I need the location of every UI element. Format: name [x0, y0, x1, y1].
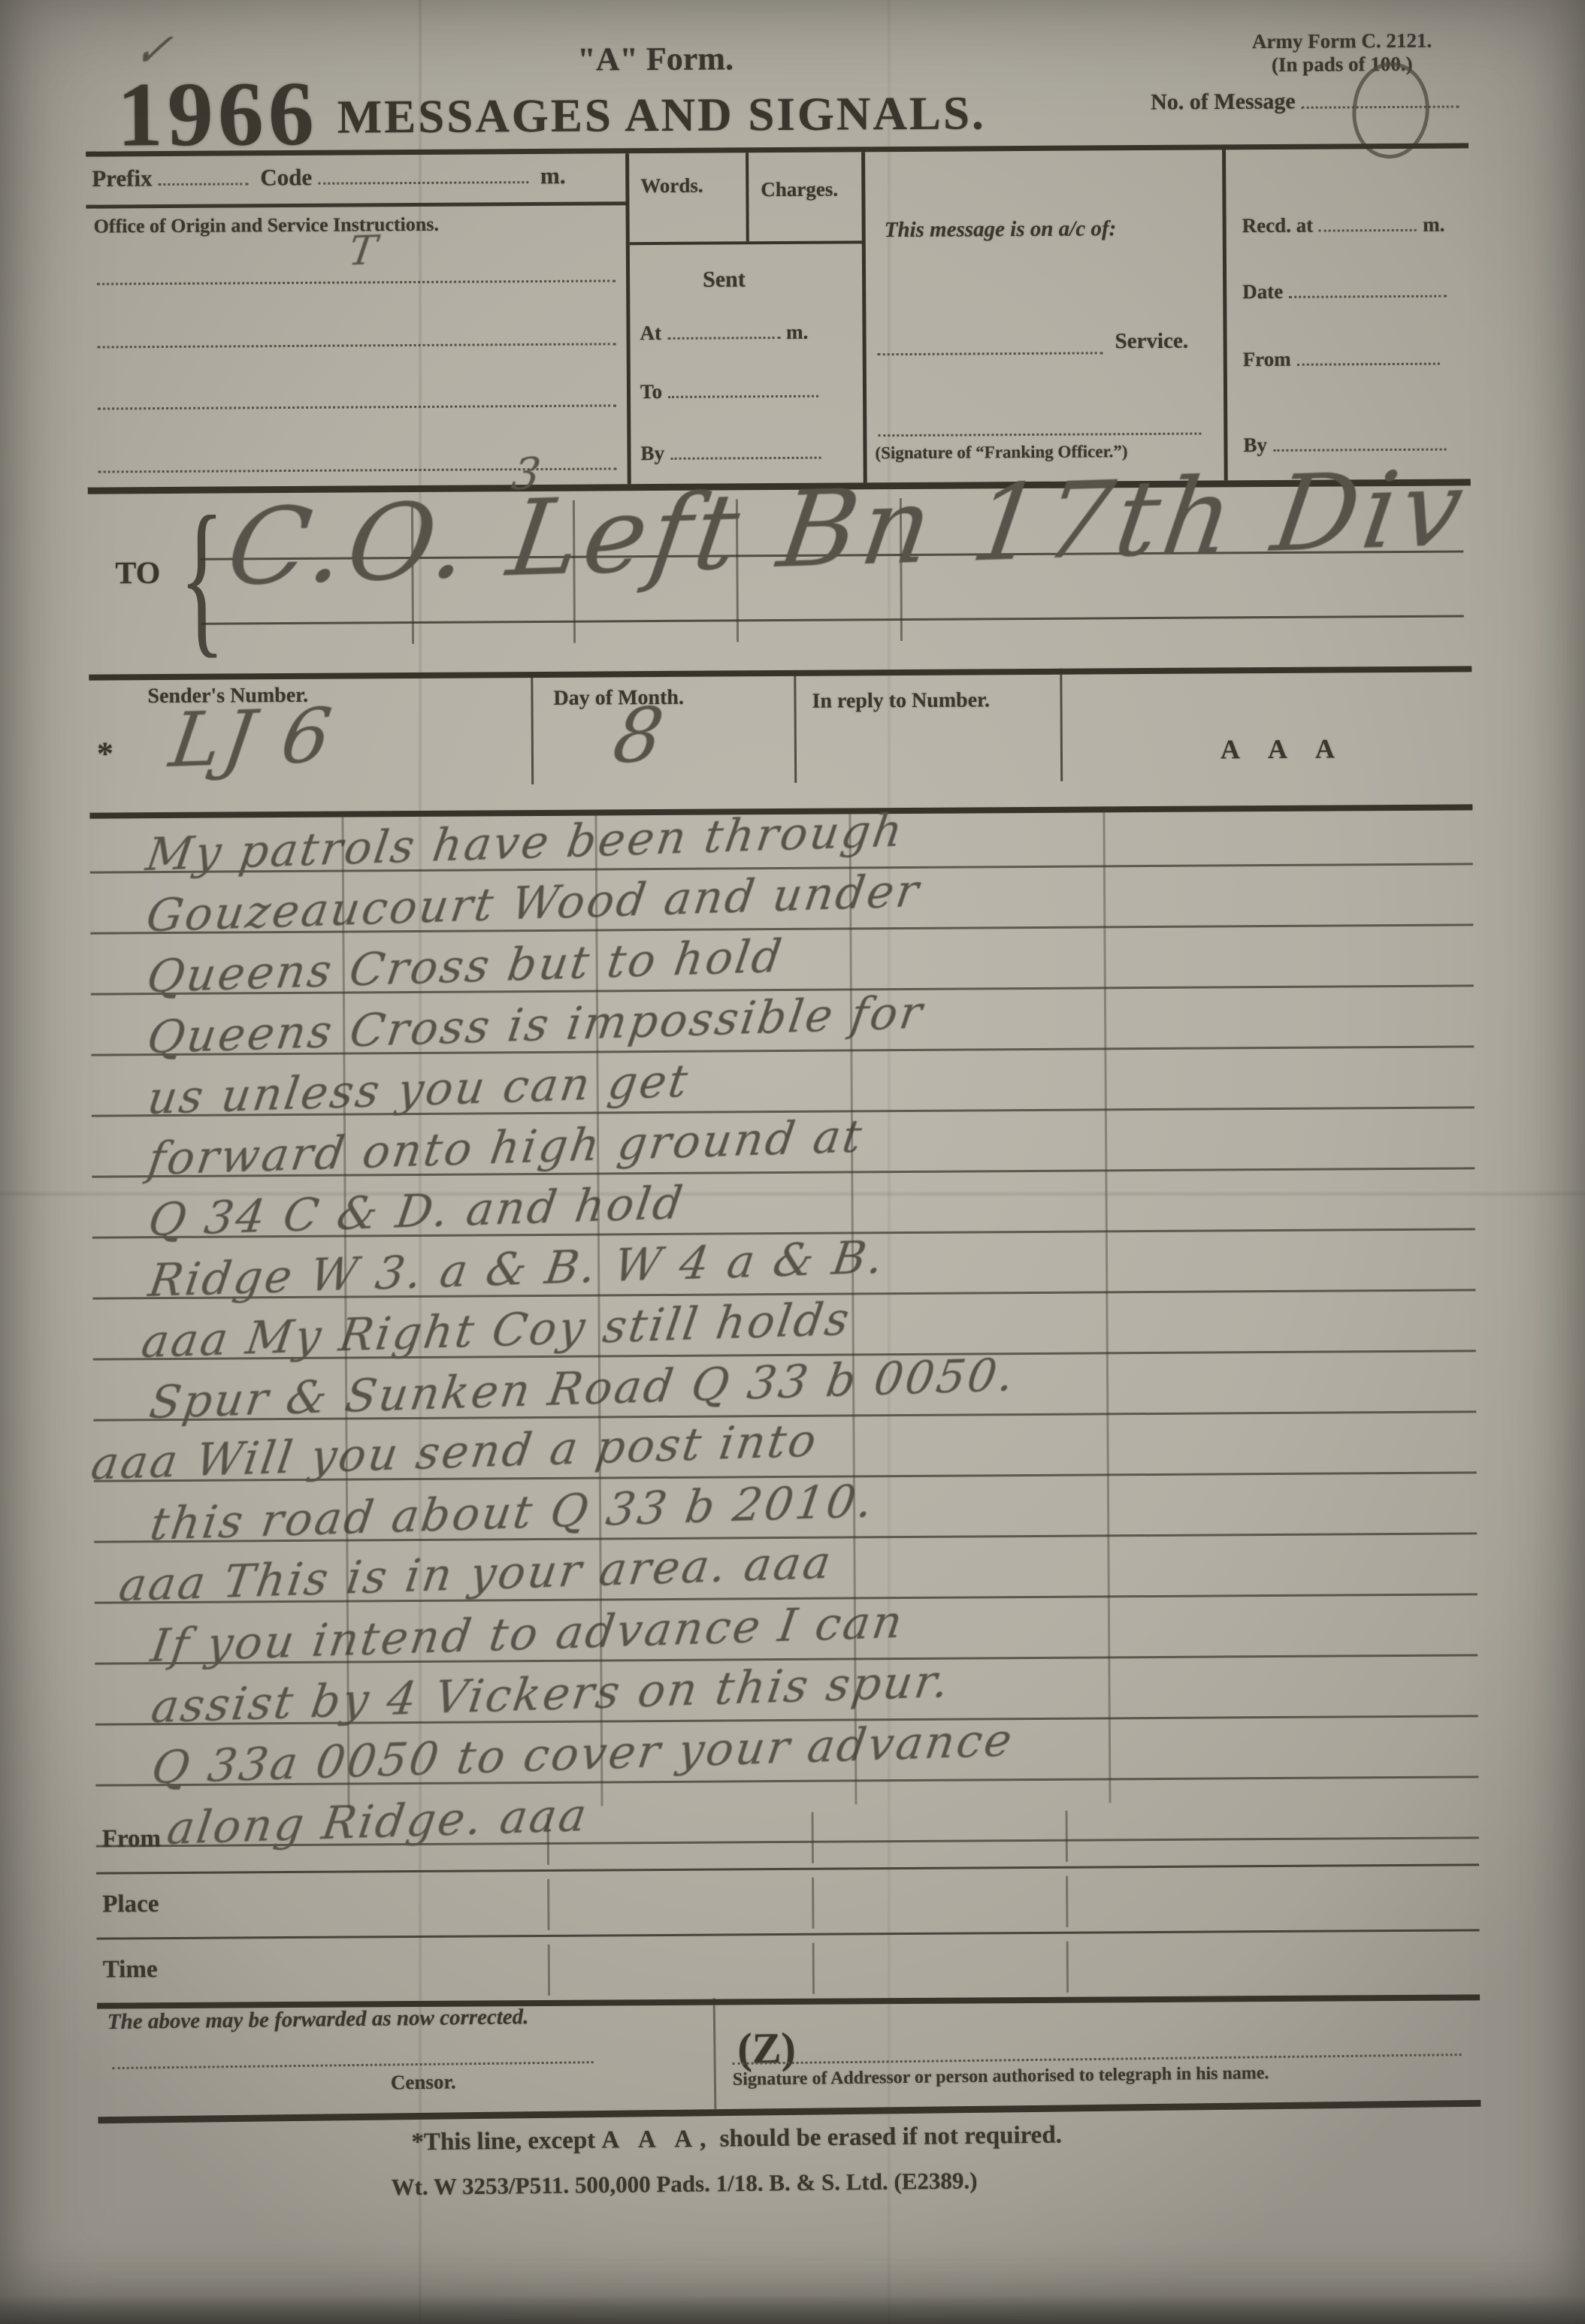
code-label: Code [260, 164, 312, 190]
dotted-leader [1297, 346, 1440, 366]
sent-at-field: Atm. [640, 319, 808, 345]
signature-line [113, 2061, 594, 2069]
asterisk-mark: * [97, 734, 113, 772]
column-divider [1222, 150, 1228, 480]
erase-note-aaa: A A A, [601, 2126, 713, 2154]
origin-rows: From Place Time [96, 1800, 1481, 2008]
prefix-label: Prefix [92, 165, 153, 191]
cell-divider [547, 1879, 549, 1930]
rule [86, 201, 625, 208]
cell-divider [812, 1943, 815, 1994]
from-row: From [96, 1800, 1479, 1874]
received-at-field: Recd. atm. [1242, 212, 1445, 238]
from-label: From [1243, 348, 1291, 370]
army-form-number: Army Form C. 2121. [1252, 29, 1432, 53]
by-label: By [1243, 434, 1267, 456]
cell-divider [548, 1945, 550, 1996]
message-line: Q 34 C & D. and hold [92, 1169, 1475, 1238]
message-line: us unless you can get [91, 1047, 1474, 1117]
column-divider [861, 152, 867, 482]
to-label: To [640, 380, 662, 403]
rule [630, 240, 864, 245]
write-in-line [98, 404, 616, 409]
erase-note-pre: *This line, except [411, 2126, 601, 2156]
message-line: Q 33a 0050 to cover your advance [95, 1717, 1478, 1786]
words-charges-divider [746, 153, 749, 241]
from-field: From [1243, 346, 1446, 372]
received-label: Recd. at [1242, 214, 1314, 237]
form-type-label: "A" Form. [577, 39, 734, 78]
dotted-leader [670, 440, 821, 460]
message-line: assist by 4 Vickers on this spur. [95, 1656, 1478, 1725]
place-row: Place [96, 1866, 1479, 1939]
cell-divider [812, 1812, 814, 1863]
sent-label: Sent [703, 267, 746, 292]
message-lines: My patrols have been throughGouzeaucourt… [89, 804, 1478, 1847]
office-of-origin-label: Office of Origin and Service Instruction… [94, 213, 439, 238]
message-line: Spur & Sunken Road Q 33 b 0050. [93, 1352, 1476, 1421]
cell-divider [531, 672, 534, 784]
by-label: By [640, 442, 664, 464]
brace-glyph: { [179, 477, 225, 676]
dotted-leader [318, 162, 528, 185]
cell-divider [713, 1998, 717, 2109]
place-label: Place [102, 1890, 159, 1918]
form-title: MESSAGES AND SIGNALS. [337, 86, 986, 144]
write-in-line [878, 433, 1201, 437]
cell-divider [794, 670, 797, 783]
sender-number-row: * Sender's Number. Day of Month. In repl… [89, 666, 1472, 818]
pencil-mark-t: T [346, 226, 382, 274]
signature-of-addressor-label: Signature of Addressor or person authori… [733, 2063, 1269, 2090]
message-line: Queens Cross but to hold [90, 926, 1473, 995]
cell-divider [812, 1878, 814, 1929]
dotted-leader [1319, 212, 1417, 232]
write-in-line [98, 343, 616, 348]
at-label: At [640, 322, 661, 344]
write-in-line [97, 280, 616, 285]
censor-label: Censor. [391, 2070, 456, 2094]
dotted-leader [667, 319, 780, 340]
write-in-line [201, 615, 1464, 624]
words-label: Words. [640, 174, 703, 198]
erase-instruction: *This line, except A A A, should be eras… [98, 2118, 1375, 2160]
dotted-leader [158, 163, 248, 186]
sent-by-field: By [640, 440, 827, 465]
cell-divider [1066, 1942, 1069, 1993]
message-form-photo: ✓ 1966 "A" Form. MESSAGES AND SIGNALS. A… [0, 0, 1585, 2324]
army-message-form: ✓ 1966 "A" Form. MESSAGES AND SIGNALS. A… [85, 24, 1481, 2234]
on-account-of-label: This message is on a/c of: [885, 216, 1117, 243]
message-line: forward onto high ground at [92, 1108, 1475, 1177]
m-abbrev: m. [786, 321, 808, 343]
message-line: If you intend to advance I can [95, 1595, 1478, 1664]
header-table: Prefix Code m. Office of Origin and Serv… [86, 143, 1471, 494]
erase-note-post: should be erased if not required. [713, 2121, 1062, 2152]
cell-divider [1066, 1811, 1068, 1862]
printer-imprint: Wt. W 3253/P511. 500,000 Pads. 1/18. B. … [98, 2164, 1270, 2205]
cell-divider [547, 1814, 549, 1865]
from-label: From [102, 1825, 161, 1853]
time-label: Time [103, 1956, 158, 1984]
service-label: Service. [1115, 329, 1189, 355]
charges-label: Charges. [761, 178, 838, 202]
dotted-leader [668, 378, 818, 398]
censor-section: The above may be forwarded as now correc… [97, 1989, 1481, 2123]
message-line: Gouzeaucourt Wood and under [90, 865, 1473, 934]
z-mark: (Z) [737, 2023, 796, 2074]
prefix-code-row: Prefix Code m. [92, 162, 566, 192]
dotted-leader [1289, 278, 1447, 298]
message-line: this road about Q 33 b 2010. [94, 1473, 1477, 1543]
to-label: TO [115, 555, 160, 591]
date-label: Date [1242, 280, 1283, 303]
addressee-row: TO { C.O. Left Bn 17th Div [88, 473, 1472, 680]
no-of-message-label: No. of Message [1151, 89, 1296, 114]
signature-line [733, 2054, 1462, 2065]
forwarded-note: The above may be forwarded as now correc… [107, 2005, 529, 2035]
m-abbrev: m. [540, 162, 566, 189]
column-divider [625, 153, 631, 484]
paper-bottom-shadow [0, 2295, 1585, 2324]
date-field: Date [1242, 278, 1453, 304]
message-line: aaa Will you send a post into [93, 1413, 1476, 1482]
aaa-printed: A A A [1221, 733, 1347, 765]
m-abbrev: m. [1423, 213, 1444, 236]
message-line: aaa My Right Coy still holds [92, 1291, 1475, 1360]
message-line: Queens Cross is impossible for [91, 987, 1474, 1056]
message-line: aaa This is in your area. aaa [94, 1534, 1477, 1603]
message-line: My patrols have been through [89, 804, 1472, 873]
senders-number-value: LJ 6 [165, 691, 339, 784]
in-reply-to-label: In reply to Number. [812, 688, 990, 713]
message-line: Ridge W 3. a & B. W 4 a & B. [92, 1230, 1475, 1299]
cell-divider [1066, 1876, 1068, 1927]
sent-to-field: To [640, 378, 824, 403]
write-in-line [878, 352, 1103, 355]
cell-divider [1060, 669, 1063, 781]
